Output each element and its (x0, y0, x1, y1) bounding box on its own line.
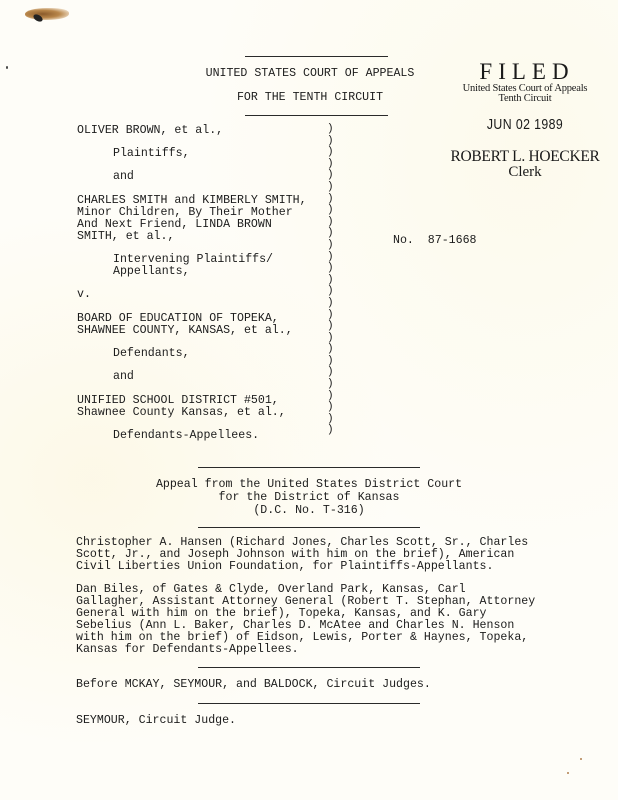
role-appellees: Defendants-Appellees. (113, 430, 259, 442)
caption-parentheses: ) ) ) ) ) ) ) ) ) ) ) ) ) ) ) ) ) ) ) ) … (327, 124, 334, 437)
header-rule-bottom (245, 115, 388, 116)
speck (6, 66, 8, 69)
judges-panel: Before MCKAY, SEYMOUR, and BALDOCK, Circ… (76, 679, 431, 691)
role-plaintiffs: Plaintiffs, (113, 148, 190, 160)
conjunction: and (113, 171, 134, 183)
stamp-circuit: Tenth Circuit (440, 94, 610, 104)
stamp-clerk-title: Clerk (440, 165, 610, 180)
filed-stamp: FILED United States Court of Appeals Ten… (440, 60, 610, 180)
role-intervenors-line: Appellants, (113, 266, 190, 278)
rust-stain (25, 8, 69, 20)
stamp-date: JUN 02 1989 (455, 117, 594, 133)
speck (567, 772, 569, 774)
opinion-author: SEYMOUR, Circuit Judge. (76, 715, 236, 727)
header-rule-top (245, 56, 388, 57)
document-page: UNITED STATES COURT OF APPEALS FOR THE T… (0, 0, 618, 800)
appeal-line: Appeal from the United States District C… (100, 479, 518, 491)
panel-rule-top (198, 667, 420, 668)
case-number: No. 87-1668 (393, 235, 477, 247)
party-defendants-line: SHAWNEE COUNTY, KANSAS, et al., (77, 325, 293, 337)
counsel-line: Civil Liberties Union Foundation, for Pl… (76, 561, 493, 573)
speck (580, 758, 582, 760)
appeal-line: for the District of Kansas (100, 492, 518, 504)
stamp-clerk-name: ROBERT L. HOECKER (440, 149, 610, 165)
appeal-rule-bottom (198, 527, 420, 528)
counsel-line: Kansas for Defendants-Appellees. (76, 644, 299, 656)
stamp-filed-heading: FILED (444, 60, 610, 84)
role-defendants: Defendants, (113, 348, 190, 360)
party-intervenors-line: SMITH, et al., (77, 231, 174, 243)
versus: v. (77, 289, 91, 301)
appeal-line: (D.C. No. T-316) (100, 505, 518, 517)
party-plaintiffs: OLIVER BROWN, et al., (77, 125, 223, 137)
circuit-name: FOR THE TENTH CIRCUIT (190, 92, 430, 104)
appeal-rule-top (198, 467, 420, 468)
panel-rule-bottom (198, 703, 420, 704)
party-district-line: Shawnee County Kansas, et al., (77, 407, 286, 419)
conjunction: and (113, 371, 134, 383)
court-name: UNITED STATES COURT OF APPEALS (190, 68, 430, 80)
